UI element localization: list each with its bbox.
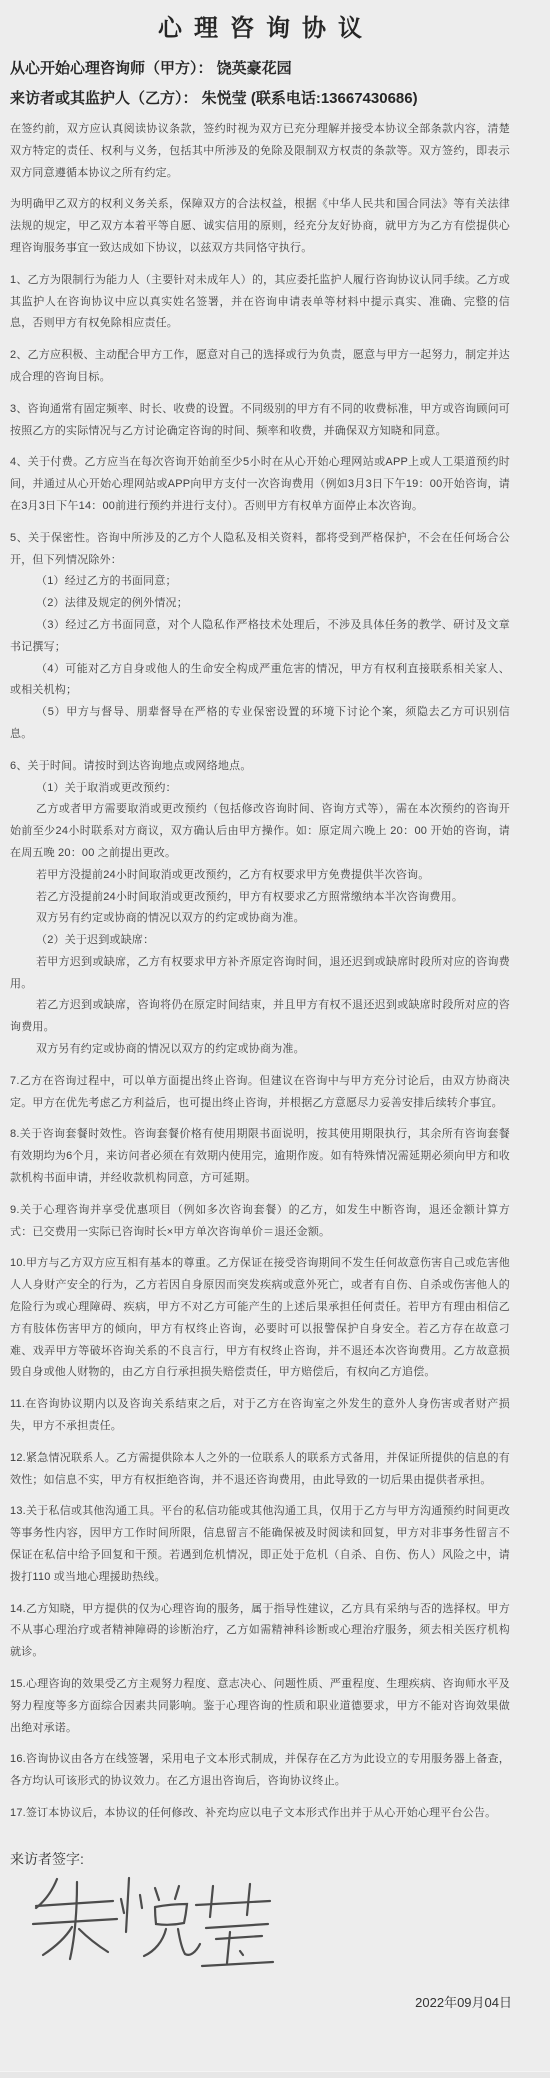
clause-paragraph: 8.关于咨询套餐时效性。咨询套餐价格有使用期限书面说明，按其使用期限执行，其余所… <box>10 1124 510 1189</box>
clause-paragraph: 双方另有约定或协商的情况以双方的约定或协商为准。 <box>10 908 510 930</box>
clause-paragraph: 乙方或者甲方需要取消或更改预约（包括修改咨询时间、咨询方式等），需在本次预约的咨… <box>10 799 510 864</box>
clause-paragraph: 7.乙方在咨询过程中，可以单方面提出终止咨询。但建议在咨询中与甲方充分讨论后，由… <box>10 1071 510 1115</box>
clause-paragraph: 12.紧急情况联系人。乙方需提供除本人之外的一位联系人的联系方式备用，并保证所提… <box>10 1448 510 1492</box>
signature-strokes <box>33 1878 273 1966</box>
clause-paragraph: 16.咨询协议由各方在线签署，采用电子文本形式制成，并保存在乙方为此设立的专用服… <box>10 1749 510 1793</box>
clause-paragraph: 在签约前，双方应认真阅读协议条款，签约时视为双方已充分理解并接受本协议全部条款内… <box>10 119 510 184</box>
clause-paragraph: 4、关于付费。乙方应当在每次咨询开始前至少5小时在从心开始心理网站或APP上或人… <box>10 452 510 517</box>
clause-paragraph: （5）甲方与督导、朋辈督导在严格的专业保密设置的环境下讨论个案，须隐去乙方可识别… <box>10 702 510 746</box>
clause-paragraph: 17.签订本协议后，本协议的任何修改、补充均应以电子文本形式作出并于从心开始心理… <box>10 1803 510 1825</box>
clause-paragraph: 15.心理咨询的效果受乙方主观努力程度、意志决心、问题性质、严重程度、生理疾病、… <box>10 1674 510 1739</box>
clause-paragraph: 若甲方没提前24小时间取消或更改预约，乙方有权要求甲方免费提供半次咨询。 <box>10 865 510 887</box>
clause-paragraph: 为明确甲乙双方的权利义务关系，保障双方的合法权益，根据《中华人民共和国合同法》等… <box>10 194 510 259</box>
clause-paragraph: （3）经过乙方书面同意，对个人隐私作严格技术处理后，不涉及具体任务的教学、研讨及… <box>10 615 510 659</box>
clause-paragraph: 6、关于时间。请按时到达咨询地点或网络地点。 <box>10 756 510 778</box>
clause-paragraph: 14.乙方知晓，甲方提供的仅为心理咨询的服务，属于指导性建议，乙方具有采纳与否的… <box>10 1599 510 1664</box>
bottom-edge <box>0 2071 550 2078</box>
clause-paragraph: 若甲方迟到或缺席，乙方有权要求甲方补齐原定咨询时间，退还迟到或缺席时段所对应的咨… <box>10 952 510 996</box>
party-b-line: 来访者或其监护人（乙方）： 朱悦莹 (联系电话:13667430686) <box>10 89 510 109</box>
agreement-body: 在签约前，双方应认真阅读协议条款，签约时视为双方已充分理解并接受本协议全部条款内… <box>10 119 510 1825</box>
clause-paragraph: 10.甲方与乙方双方应互相有基本的尊重。乙方保证在接受咨询期间不发生任何故意伤害… <box>10 1253 510 1384</box>
handwritten-signature <box>24 1875 510 1975</box>
clause-paragraph: 若乙方没提前24小时间取消或更改预约，甲方有权要求乙方照常缴纳本半次咨询费用。 <box>10 887 510 909</box>
clause-paragraph: 13.关于私信或其他沟通工具。平台的私信功能或其他沟通工具，仅用于乙方与甲方沟通… <box>10 1501 510 1588</box>
clause-paragraph: 5、关于保密性。咨询中所涉及的乙方个人隐私及相关资料，都将受到严格保护，不会在任… <box>10 528 510 572</box>
clause-paragraph: （4）可能对乙方自身或他人的生命安全构成严重危害的情况，甲方有权利直接联系相关家… <box>10 659 510 703</box>
signature-label: 来访者签字: <box>10 1849 510 1869</box>
clause-paragraph: 3、咨询通常有固定频率、时长、收费的设置。不同级别的甲方有不同的收费标准，甲方或… <box>10 399 510 443</box>
clause-paragraph: （1）经过乙方的书面同意； <box>10 571 510 593</box>
clause-paragraph: 9.关于心理咨询并享受优惠项目（例如多次咨询套餐）的乙方，如发生中断咨询，退还金… <box>10 1200 510 1244</box>
clause-paragraph: 若乙方迟到或缺席，咨询将仍在原定时间结束，并且甲方有权不退还迟到或缺席时段所对应… <box>10 995 510 1039</box>
clause-paragraph: 11.在咨询协议期内以及咨询关系结束之后，对于乙方在咨询室之外发生的意外人身伤害… <box>10 1394 510 1438</box>
clause-paragraph: （2）法律及规定的例外情况； <box>10 593 510 615</box>
party-a-line: 从心开始心理咨询师（甲方）： 饶英豪花园 <box>10 59 510 79</box>
clause-paragraph: 1、乙方为限制行为能力人（主要针对未成年人）的，其应委托监护人履行咨询协议认同手… <box>10 270 510 335</box>
clause-paragraph: 2、乙方应积极、主动配合甲方工作，愿意对自己的选择或行为负责，愿意与甲方一起努力… <box>10 345 510 389</box>
agreement-date: 2022年09月04日 <box>415 1992 512 2011</box>
agreement-document: 心理咨询协议 从心开始心理咨询师（甲方）： 饶英豪花园 来访者或其监护人（乙方）… <box>0 0 550 1975</box>
clause-paragraph: （2）关于迟到或缺席： <box>10 930 510 952</box>
clause-paragraph: （1）关于取消或更改预约： <box>10 778 510 800</box>
clause-paragraph: 双方另有约定或协商的情况以双方的约定或协商为准。 <box>10 1039 510 1061</box>
page-title: 心理咨询协议 <box>10 8 510 43</box>
